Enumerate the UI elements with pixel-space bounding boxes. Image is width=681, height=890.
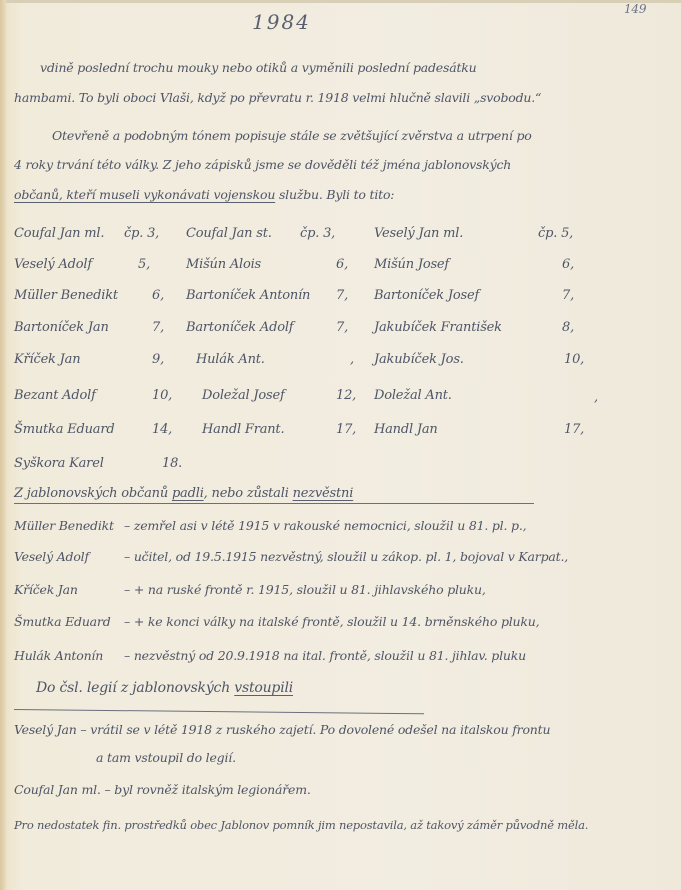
house-number: , [350,352,354,367]
soldier-name: Šmutka Eduard [14,422,114,437]
house-number: 18. [162,456,182,471]
house-number: 12, [336,388,356,403]
soldier-name: Doležal Josef [202,388,285,403]
fallen-name: Hulák Antonín [14,648,103,663]
house-number: čp. 5, [538,226,573,241]
heading-text: , nebo zůstali [204,486,293,501]
house-number: 17, [564,422,584,437]
soldier-name: Coufal Jan st. [186,226,272,241]
soldier-name: Coufal Jan ml. [14,226,104,241]
fallen-detail: – + ke konci války na italské frontě, sl… [124,614,539,629]
heading-underlined: nezvěstni [293,486,354,501]
house-number: 7, [152,320,164,335]
house-number: , [594,390,598,405]
soldier-name: Jakubíček Jos. [374,352,464,367]
page-number: 149 [624,2,646,16]
closing-note: Pro nedostatek fin. prostředků obec Jabl… [14,818,588,832]
fallen-name: Kříček Jan [14,582,78,597]
fallen-detail: – nezvěstný od 20.9.1918 na ital. frontě… [124,648,526,663]
fallen-detail: – učitel, od 19.5.1915 nezvěstný, slouži… [124,549,568,564]
soldier-name: Veselý Jan ml. [374,226,463,241]
house-number: čp. 3, [300,226,335,241]
underlined-phrase: občanů, kteří museli vykonávati vojensko… [14,187,275,202]
line-rest: službu. Byli to tito: [275,187,394,202]
house-number: 7, [336,320,348,335]
paragraph-1-line-2: hambami. To byli oboci Vlaši, když po př… [14,90,541,105]
soldier-name: Bartoníček Jan [14,320,109,335]
soldier-name: Bezant Adolf [14,388,96,403]
page-year-heading: 1984 [252,10,311,34]
house-number: 10, [152,388,172,403]
chronicle-page: 1984 149 vdině poslední trochu mouky neb… [0,0,681,890]
soldier-name: Müller Benedikt [14,288,118,303]
page-top-edge [0,0,681,3]
fallen-detail: – zemřel asi v létě 1915 v rakouské nemo… [124,518,526,533]
soldier-name: Mišún Alois [186,257,261,272]
house-number: čp. 3, [124,226,159,241]
house-number: 7, [336,288,348,303]
soldier-name: Syškora Karel [14,456,104,471]
soldier-name: Handl Jan [374,422,438,437]
soldier-name: Bartoníček Josef [374,288,479,303]
fallen-name: Veselý Adolf [14,549,89,564]
soldier-name: Veselý Adolf [14,257,92,272]
section-underline [14,503,534,504]
house-number: 17, [336,422,356,437]
soldier-name: Bartoníček Adolf [186,320,293,335]
house-number: 7, [562,288,574,303]
heading-underlined: vstoupili [234,680,293,696]
section-fallen-heading: Z jablonovských občanů padli, nebo zůsta… [14,486,353,501]
legion-entry-line: Coufal Jan ml. – byl rovněž italským leg… [14,782,311,797]
soldier-name: Doležal Ant. [374,388,452,403]
house-number: 14, [152,422,172,437]
soldier-name: Kříček Jan [14,352,80,367]
house-number: 6, [152,288,164,303]
fallen-detail: – + na ruské frontě r. 1915, sloužil u 8… [124,582,486,597]
soldier-name: Mišún Josef [374,257,449,272]
house-number: 5, [138,257,150,272]
legion-entry-line: a tam vstoupil do legií. [96,750,236,765]
paragraph-2-line-2: 4 roky trvání této války. Z jeho zápisků… [14,157,511,172]
house-number: 10, [564,352,584,367]
soldier-name: Jakubíček František [374,320,502,335]
house-number: 6, [336,257,348,272]
soldier-name: Bartoníček Antonín [186,288,310,303]
paragraph-2-line-3: občanů, kteří museli vykonávati vojensko… [14,187,394,202]
fallen-name: Šmutka Eduard [14,614,111,629]
page-binding-edge [0,0,6,890]
soldier-name: Handl Frant. [202,422,284,437]
house-number: 9, [152,352,164,367]
section-underline [14,709,424,714]
soldier-name: Hulák Ant. [196,352,265,367]
heading-text: Z jablonovských občanů [14,486,172,501]
heading-underlined: padli [172,486,204,501]
section-legion-heading: Do čsl. legií z jablonovských vstoupili [36,680,293,696]
fallen-name: Müller Benedikt [14,518,114,533]
house-number: 8, [562,320,574,335]
paragraph-2-line-1: Otevřeně a podobným tónem popisuje stále… [52,128,532,143]
legion-entry-line: Veselý Jan – vrátil se v létě 1918 z rus… [14,722,550,737]
paragraph-1-line-1: vdině poslední trochu mouky nebo otiků a… [40,60,477,75]
heading-text: Do čsl. legií z jablonovských [36,680,234,696]
house-number: 6, [562,257,574,272]
